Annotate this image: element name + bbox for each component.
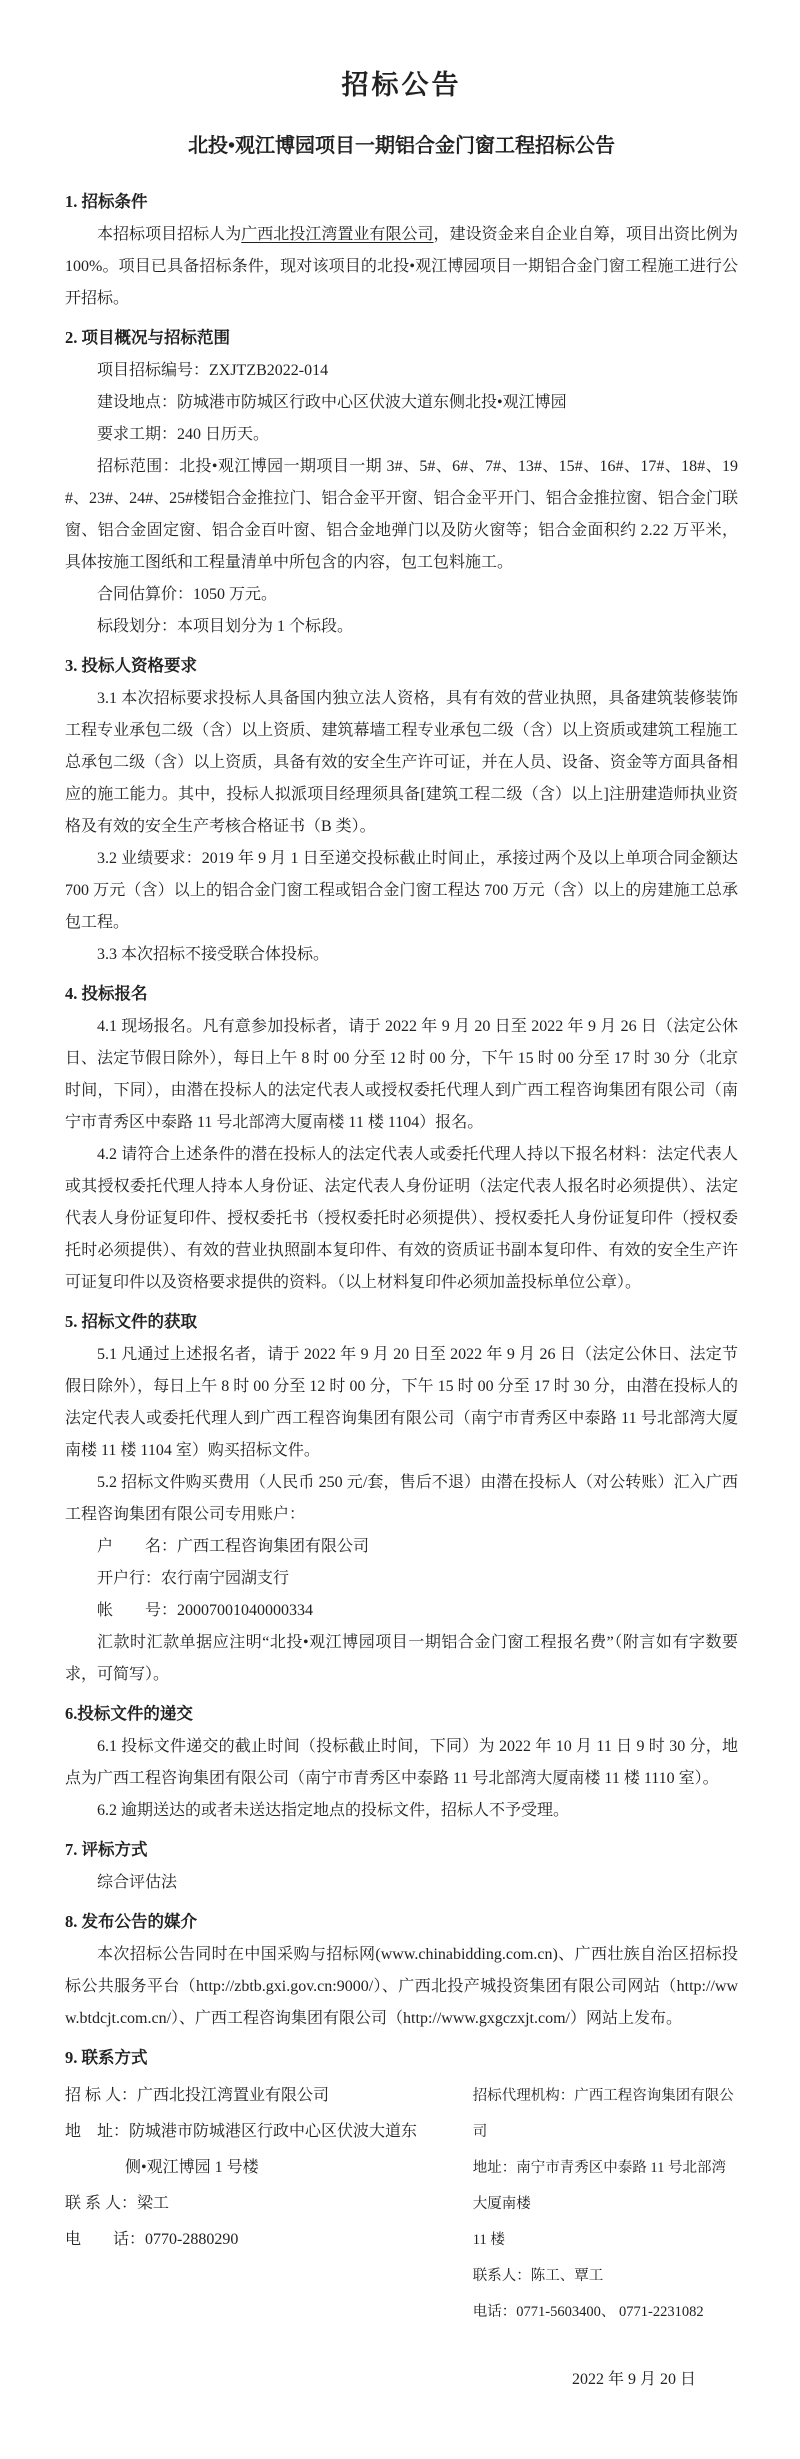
- submission-6-2: 6.2 逾期送达的或者未送达指定地点的投标文件，招标人不予受理。: [65, 1795, 738, 1827]
- tenderer-contact-person: 联 系 人：梁工: [65, 2186, 451, 2222]
- qualification-3-2: 3.2 业绩要求：2019 年 9 月 1 日至递交投标截止时间止，承接过两个及…: [65, 843, 738, 939]
- agency-address-line1: 地址：南宁市青秀区中泰路 11 号北部湾大厦南楼: [473, 2150, 738, 2222]
- remittance-note: 汇款时汇款单据应注明“北投•观江博园项目一期铝合金门窗工程报名费”（附言如有字数…: [65, 1627, 738, 1691]
- bank-account-number: 帐 号：20007001040000334: [65, 1595, 738, 1627]
- tenderer-address-line2: 侧•观江博园 1 号楼: [65, 2150, 451, 2186]
- registration-4-1: 4.1 现场报名。凡有意参加投标者，请于 2022 年 9 月 20 日至 20…: [65, 1011, 738, 1139]
- document-title: 招标公告: [65, 68, 738, 102]
- section-1-paragraph: 本招标项目招标人为广西北投江湾置业有限公司，建设资金来自企业自筹，项目出资比例为…: [65, 219, 738, 315]
- bank-branch: 开户行：农行南宁园湖支行: [65, 1563, 738, 1595]
- section-3-heading: 3. 投标人资格要求: [65, 650, 738, 682]
- document-subtitle: 北投•观江博园项目一期铝合金门窗工程招标公告: [65, 132, 738, 160]
- section-7-heading: 7. 评标方式: [65, 1834, 738, 1866]
- document-obtain-5-1: 5.1 凡通过上述报名者，请于 2022 年 9 月 20 日至 2022 年 …: [65, 1339, 738, 1467]
- contract-estimate: 合同估算价：1050 万元。: [65, 579, 738, 611]
- tenderer-contact-column: 招 标 人：广西北投江湾置业有限公司 地 址：防城港市防城港区行政中心区伏波大道…: [65, 2078, 451, 2330]
- tender-conditions-prefix: 本招标项目招标人为: [97, 226, 241, 243]
- document-obtain-5-2: 5.2 招标文件购买费用（人民币 250 元/套，售后不退）由潜在投标人（对公转…: [65, 1467, 738, 1531]
- tenderer-phone: 电 话：0770-2880290: [65, 2222, 451, 2258]
- bid-scope: 招标范围：北投•观江博园一期项目一期 3#、5#、6#、7#、13#、15#、1…: [65, 451, 738, 579]
- evaluation-method: 综合评估法: [65, 1867, 738, 1899]
- tenderer-company-name-underlined: 广西北投江湾置业有限公司: [241, 226, 433, 243]
- construction-location: 建设地点：防城港市防城区行政中心区伏波大道东侧北投•观江博园: [65, 387, 738, 419]
- project-bid-number: 项目招标编号：ZXJTZB2022-014: [65, 355, 738, 387]
- contact-info-columns: 招 标 人：广西北投江湾置业有限公司 地 址：防城港市防城港区行政中心区伏波大道…: [65, 2078, 738, 2330]
- required-duration: 要求工期：240 日历天。: [65, 419, 738, 451]
- tender-announcement-document: 招标公告 北投•观江博园项目一期铝合金门窗工程招标公告 1. 招标条件 本招标项…: [0, 0, 800, 2459]
- section-1-heading: 1. 招标条件: [65, 186, 738, 218]
- tenderer-address-line1: 地 址：防城港市防城港区行政中心区伏波大道东: [65, 2114, 451, 2150]
- announcement-media: 本次招标公告同时在中国采购与招标网(www.chinabidding.com.c…: [65, 1939, 738, 2035]
- document-date: 2022 年 9 月 20 日: [65, 2364, 738, 2396]
- section-8-heading: 8. 发布公告的媒介: [65, 1906, 738, 1938]
- agency-phone: 电话：0771-5603400、 0771-2231082: [473, 2294, 738, 2330]
- section-9-heading: 9. 联系方式: [65, 2042, 738, 2074]
- registration-4-2: 4.2 请符合上述条件的潜在投标人的法定代表人或委托代理人持以下报名材料：法定代…: [65, 1139, 738, 1299]
- section-4-heading: 4. 投标报名: [65, 978, 738, 1010]
- agency-address-line2: 11 楼: [473, 2222, 738, 2258]
- agency-name-row: 招标代理机构：广西工程咨询集团有限公司: [473, 2078, 738, 2150]
- qualification-3-1: 3.1 本次招标要求投标人具备国内独立法人资格，具有有效的营业执照，具备建筑装修…: [65, 683, 738, 843]
- lot-division: 标段划分：本项目划分为 1 个标段。: [65, 611, 738, 643]
- section-2-heading: 2. 项目概况与招标范围: [65, 322, 738, 354]
- section-6-heading: 6.投标文件的递交: [65, 1698, 738, 1730]
- agency-contact-person: 联系人：陈工、覃工: [473, 2258, 738, 2294]
- agency-contact-column: 招标代理机构：广西工程咨询集团有限公司 地址：南宁市青秀区中泰路 11 号北部湾…: [473, 2078, 738, 2330]
- tenderer-name-row: 招 标 人：广西北投江湾置业有限公司: [65, 2078, 451, 2114]
- submission-6-1: 6.1 投标文件递交的截止时间（投标截止时间，下同）为 2022 年 10 月 …: [65, 1731, 738, 1795]
- bank-account-name: 户 名：广西工程咨询集团有限公司: [65, 1531, 738, 1563]
- qualification-3-3: 3.3 本次招标不接受联合体投标。: [65, 939, 738, 971]
- section-5-heading: 5. 招标文件的获取: [65, 1306, 738, 1338]
